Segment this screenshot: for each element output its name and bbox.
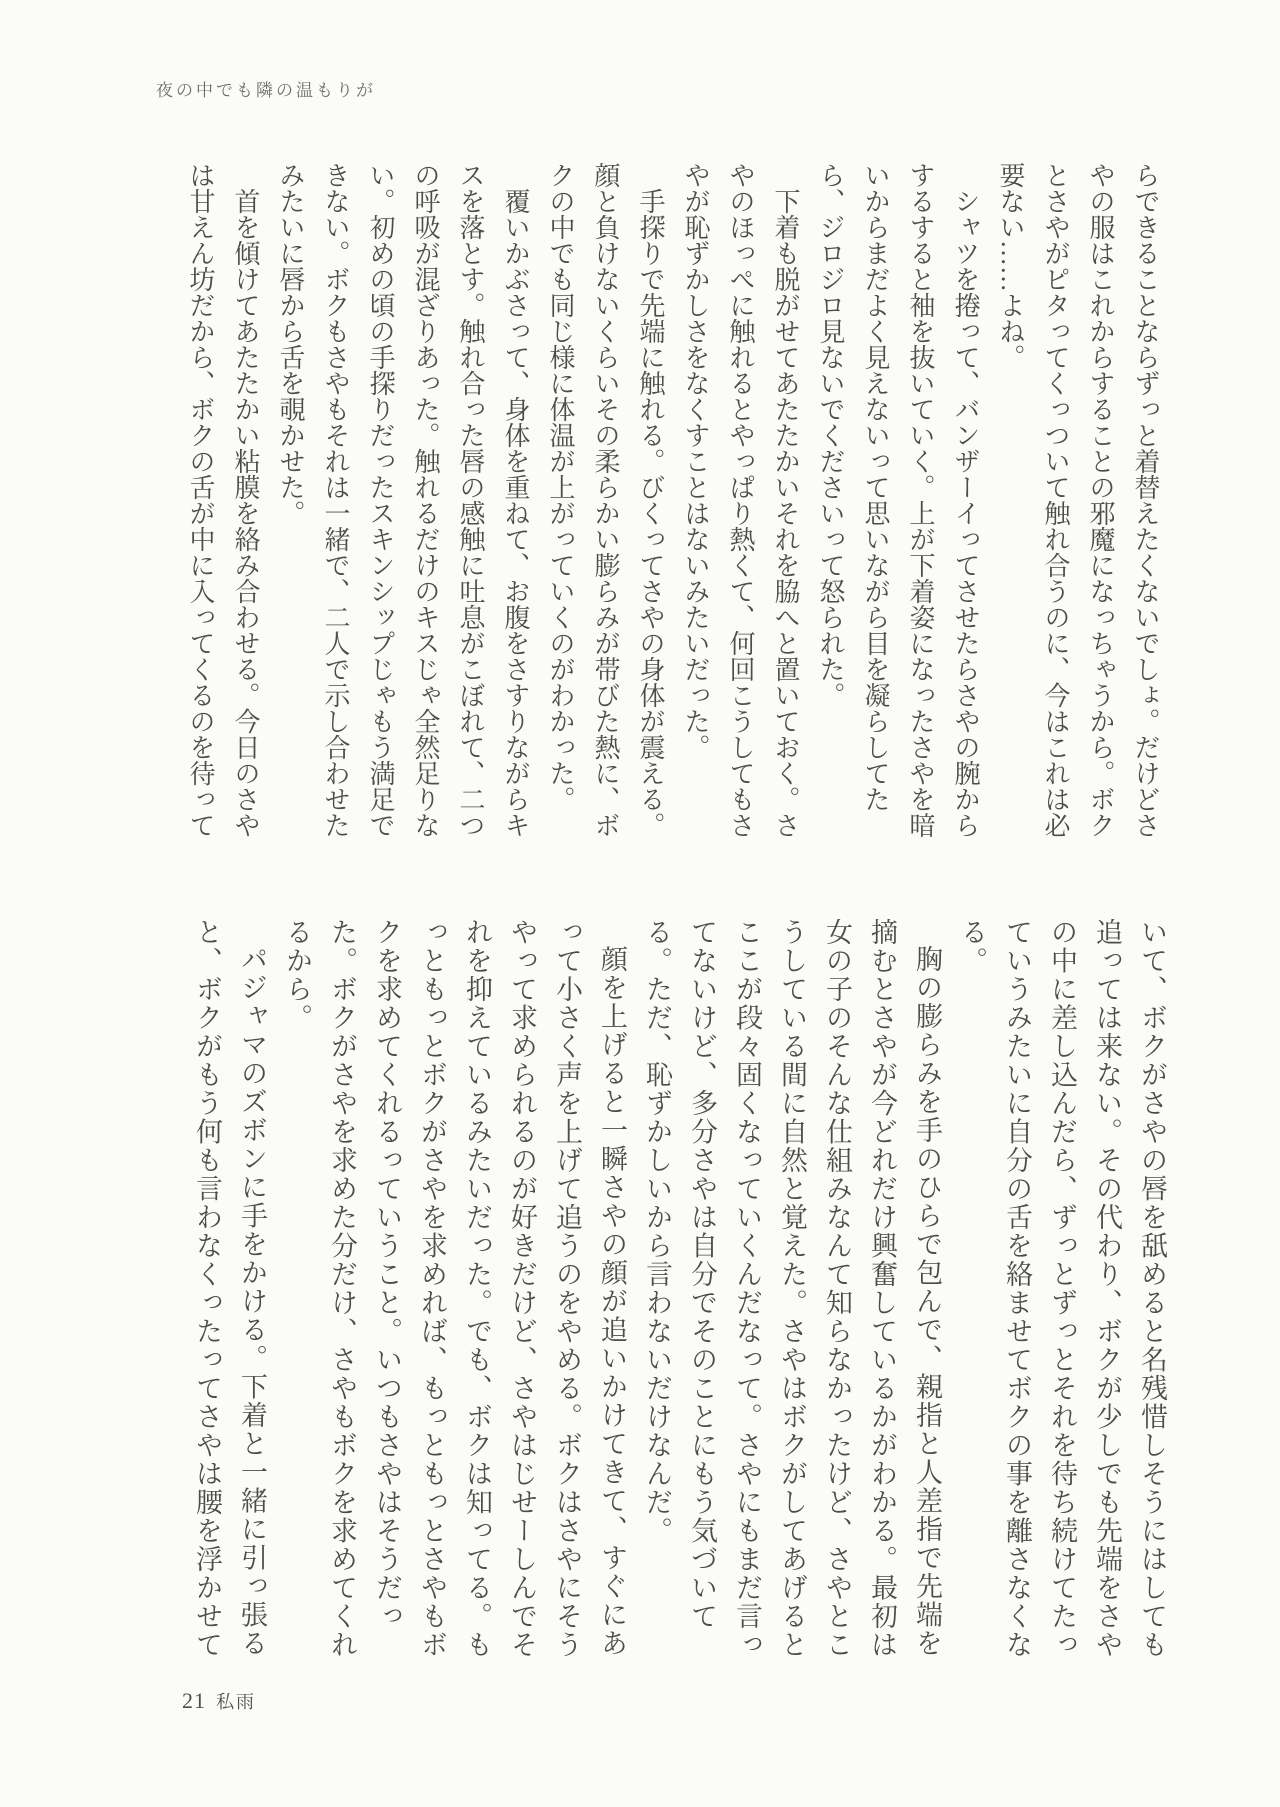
running-header-title: 夜の中でも隣の温もりが <box>156 76 376 101</box>
page-footer: 21私雨 <box>182 1688 256 1714</box>
paragraph: シャツを捲って、バンザーイってさせたらさやの腕からするすると袖を抜いていく。上が… <box>808 162 988 844</box>
page-number: 21 <box>182 1688 206 1713</box>
paragraph: 顔を上げると一瞬さやの顔が追いかけてきて、すぐにあって小さく声を上げて追うのをや… <box>274 918 634 1662</box>
paragraph: パジャマのズボンに手をかける。下着と一緒に引っ張ると、ボクがもう何も言わなくった… <box>184 918 274 1662</box>
paragraph: らできることならずっと着替えたくないでしょ。だけどさやの服はこれからすることの邪… <box>988 162 1168 844</box>
paragraph: 手探りで先端に触れる。びくってさやの身体が震える。顔と負けないくらいその柔らかい… <box>538 162 673 844</box>
book-page: 夜の中でも隣の温もりが らできることならずっと着替えたくないでしょ。だけどさやの… <box>0 0 1280 1807</box>
paragraph: 首を傾けてあたたかい粘膜を絡み合わせる。今日のさやは甘えん坊だから、ボクの舌が中… <box>178 162 268 844</box>
paragraph: いて、ボクがさやの唇を舐めると名残惜しそうにはしても追っては来ない。その代わり、… <box>949 918 1174 1662</box>
vertical-text-block-bottom: いて、ボクがさやの唇を舐めると名残惜しそうにはしても追っては来ない。その代わり、… <box>184 918 1174 1662</box>
paragraph: 下着も脱がせてあたたかいそれを脇へと置いておく。さやのほっぺに触れるとやっぱり熱… <box>673 162 808 844</box>
book-title: 私雨 <box>216 1692 256 1712</box>
vertical-text-block-top: らできることならずっと着替えたくないでしょ。だけどさやの服はこれからすることの邪… <box>178 162 1168 844</box>
paragraph: 胸の膨らみを手のひらで包んで、親指と人差指で先端を摘むとさやが今どれだけ興奮して… <box>634 918 949 1662</box>
paragraph: 覆いかぶさって、身体を重ねて、お腹をさすりながらキスを落とす。触れ合った唇の感触… <box>268 162 538 844</box>
